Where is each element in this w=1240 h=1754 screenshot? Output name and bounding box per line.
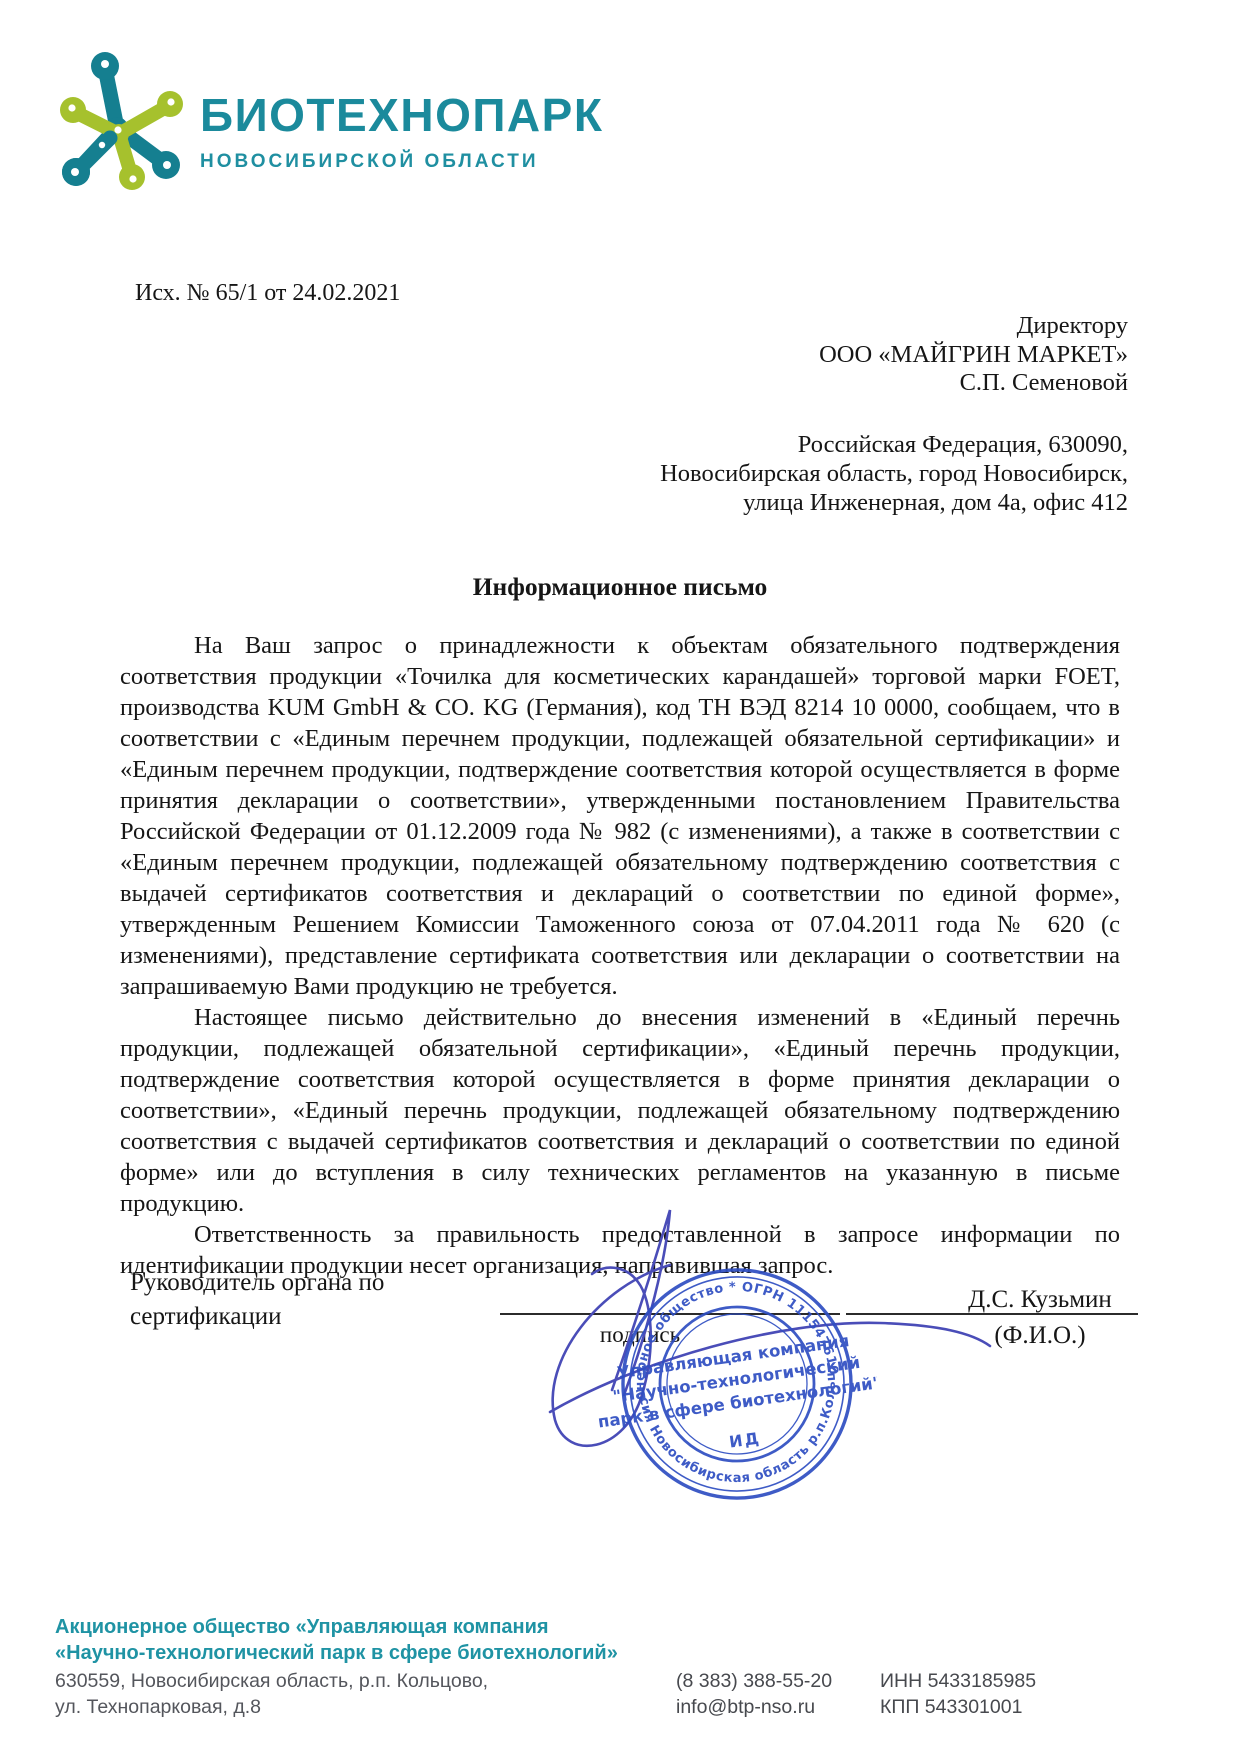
letter-page: БИОТЕХНОПАРК НОВОСИБИРСКОЙ ОБЛАСТИ Исх. … [0,0,1240,1754]
footer-kpp: КПП 543301001 [880,1694,1036,1720]
address-line: Российская Федерация, 630090, [660,430,1128,459]
brand-subtitle: НОВОСИБИРСКОЙ ОБЛАСТИ [200,151,603,173]
body-paragraph: На Ваш запрос о принадлежности к объекта… [120,630,1120,1002]
body-paragraph: Настоящее письмо действительно до внесен… [120,1002,1120,1219]
letter-body: На Ваш запрос о принадлежности к объекта… [120,630,1120,1281]
footer-contacts: (8 383) 388-55-20 info@btp-nso.ru [676,1668,832,1720]
address-line: Новосибирская область, город Новосибирск… [660,459,1128,488]
biotechnopark-logo-icon [55,50,187,190]
footer-address: 630559, Новосибирская область, р.п. Коль… [55,1668,488,1720]
footer-company: Акционерное общество «Управляющая компан… [55,1614,618,1666]
brand-name: БИОТЕХНОПАРК [200,88,603,142]
footer-phone: (8 383) 388-55-20 [676,1668,832,1694]
footer-email: info@btp-nso.ru [676,1694,832,1720]
letter-title: Информационное письмо [120,572,1120,602]
stamp-id-label: ИД [728,1428,762,1451]
company-stamp: Акционерное общество * ОГРН 111547610935… [597,1244,877,1524]
letterhead: БИОТЕХНОПАРК НОВОСИБИРСКОЙ ОБЛАСТИ [200,88,603,173]
recipient-block: Директору ООО «МАЙГРИН МАРКЕТ» С.П. Семе… [819,312,1128,398]
recipient-line: ООО «МАЙГРИН МАРКЕТ» [819,341,1128,370]
signatory-role: Руководитель органа по сертификации [130,1266,384,1334]
footer-codes: ИНН 5433185985 КПП 543301001 [880,1668,1036,1720]
recipient-address-block: Российская Федерация, 630090, Новосибирс… [660,430,1128,517]
reference-line: Исх. № 65/1 от 24.02.2021 [135,280,400,307]
footer-inn: ИНН 5433185985 [880,1668,1036,1694]
address-line: улица Инженерная, дом 4а, офис 412 [660,488,1128,517]
recipient-line: Директору [819,312,1128,341]
recipient-line: С.П. Семеновой [819,369,1128,398]
